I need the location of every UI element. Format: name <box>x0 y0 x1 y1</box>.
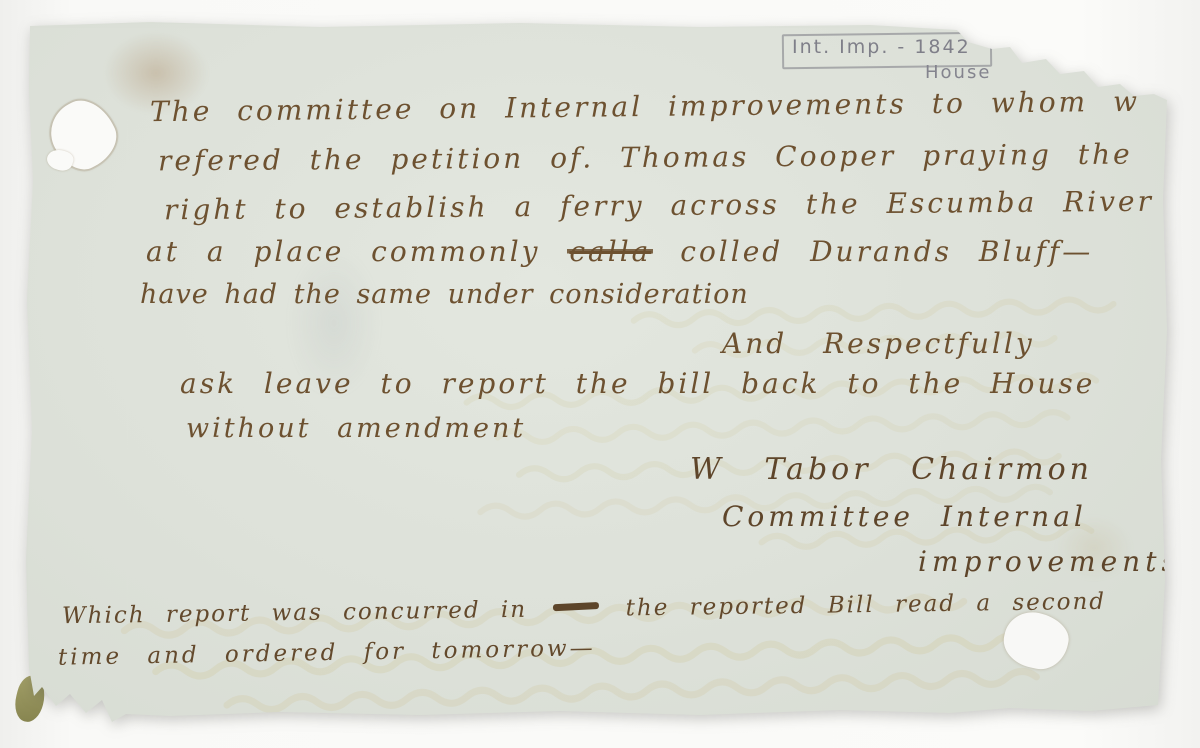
endorsement-line-1: Which report was concurred in the report… <box>62 589 1106 630</box>
manuscript-line-1: The committee on Internal improvements t… <box>150 85 1140 128</box>
document-scan: Int. Imp. - 1842 House The committee on … <box>0 0 1200 748</box>
manuscript-line-5: have had the same under consideration <box>140 279 749 310</box>
signature-line: W Tabor Chairmon <box>690 452 1093 487</box>
manuscript-line-7: ask leave to report the bill back to the… <box>180 367 1095 400</box>
line4-post: colled Durands Bluff— <box>680 235 1093 268</box>
pencil-annotation-label: Int. Imp. - 1842 <box>792 36 971 58</box>
signature-title-1: Committee Internal <box>722 500 1087 533</box>
manuscript-line-3: right to establish a ferry across the Es… <box>164 185 1154 227</box>
endorsement-line-2: time and ordered for tomorrow— <box>58 635 596 670</box>
pencil-annotation-sublabel: House <box>925 62 991 83</box>
paper-tear-hole <box>45 146 76 173</box>
endorsement-pre: Which report was concurred in <box>62 597 527 629</box>
manuscript-line-6: And Respectfully <box>722 327 1035 360</box>
manuscript-line-8: without amendment <box>186 413 526 444</box>
manuscript-page: Int. Imp. - 1842 House The committee on … <box>0 0 1200 748</box>
manuscript-line-2: refered the petition of. Thomas Cooper p… <box>158 138 1133 178</box>
signature-title-2: improvements <box>918 545 1181 578</box>
manuscript-line-4: at a place commonly calla colled Durands… <box>146 235 1093 268</box>
line4-struck-word: calla <box>567 235 653 268</box>
paper-tear-hole <box>40 90 126 178</box>
line4-pre: at a place commonly <box>146 235 540 268</box>
scratched-out-word <box>553 602 599 611</box>
endorsement-post: the reported Bill read a second <box>626 589 1107 622</box>
paper-tear-hole <box>999 607 1073 674</box>
